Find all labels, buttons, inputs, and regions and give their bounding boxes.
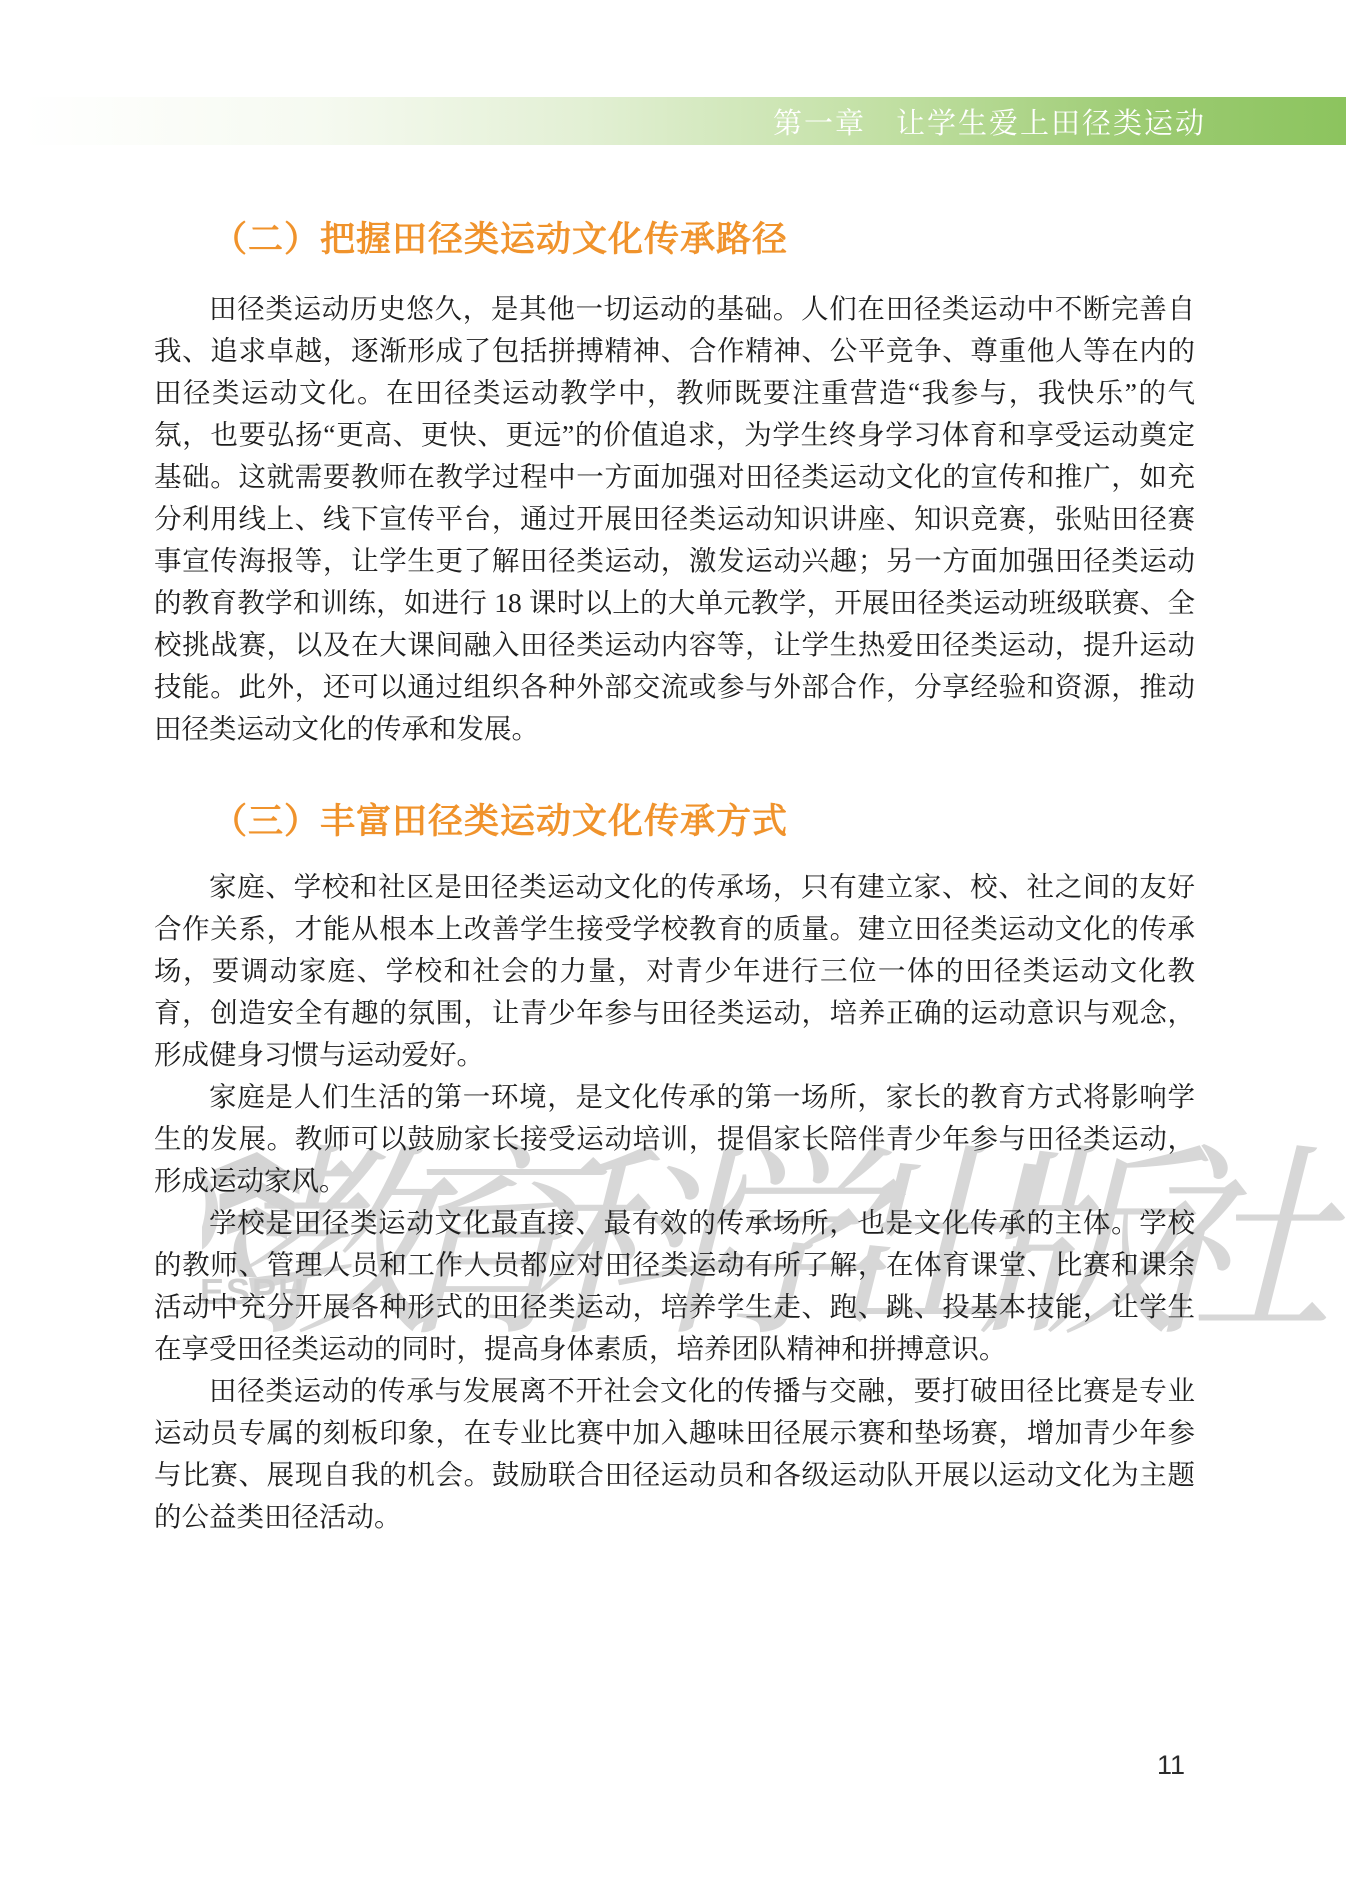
section-heading-3: （三）丰富田径类运动文化传承方式 [212, 800, 1195, 844]
paragraph: 家庭是人们生活的第一环境，是文化传承的第一场所，家长的教育方式将影响学生的发展。… [154, 1076, 1195, 1202]
chapter-header-bar: 第一章 让学生爱上田径类运动 [22, 97, 1346, 145]
chapter-title: 让学生爱上田径类运动 [896, 101, 1206, 142]
paragraph: 田径类运动历史悠久，是其他一切运动的基础。人们在田径类运动中不断完善自我、追求卓… [154, 288, 1195, 750]
paragraph: 家庭、学校和社区是田径类运动文化的传承场，只有建立家、校、社之间的友好合作关系，… [154, 866, 1195, 1076]
chapter-number: 第一章 [773, 101, 866, 142]
chapter-header-text: 第一章 让学生爱上田径类运动 [773, 97, 1206, 145]
book-page: { "header": { "chapter": "第一章", "title":… [0, 0, 1346, 1885]
section-heading-2: （二）把握田径类运动文化传承路径 [212, 218, 1195, 262]
paragraph: 学校是田径类运动文化最直接、最有效的传承场所，也是文化传承的主体。学校的教师、管… [154, 1202, 1195, 1370]
page-content: （二）把握田径类运动文化传承路径 田径类运动历史悠久，是其他一切运动的基础。人们… [154, 145, 1195, 1538]
page-number: 11 [1157, 1750, 1185, 1781]
paragraph: 田径类运动的传承与发展离不开社会文化的传播与交融，要打破田径比赛是专业运动员专属… [154, 1370, 1195, 1538]
